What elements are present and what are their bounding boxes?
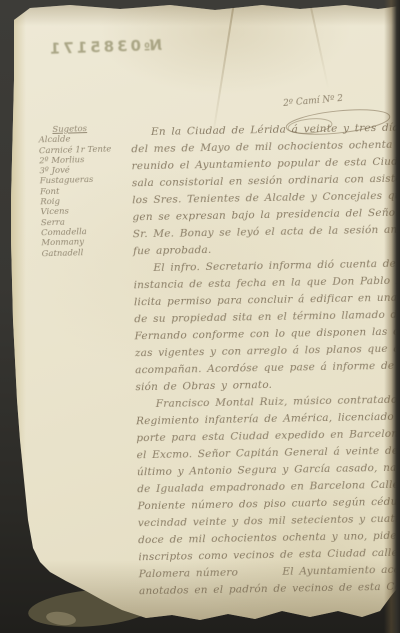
paper-left-deckle-edge (0, 0, 30, 633)
margin-list: SugetosAlcaldeCarnicé 1r Tente2º Morlius… (38, 123, 141, 259)
body-text: En la Ciudad de Lérida á veinte y tres d… (131, 120, 400, 601)
manuscript-paper: №0385171 2º Camí Nº 2 SugetosAlcaldeCarn… (0, 0, 400, 633)
book-gutter-shadow (384, 0, 400, 633)
paper-top-shadow (0, 0, 400, 26)
corner-annotation: 2º Camí Nº 2 (283, 89, 398, 109)
scanned-document-page: №0385171 2º Camí Nº 2 SugetosAlcaldeCarn… (0, 0, 400, 633)
mirrored-stamp-number: №0385171 (42, 36, 163, 58)
margin-name: Gatnadell (41, 246, 141, 259)
